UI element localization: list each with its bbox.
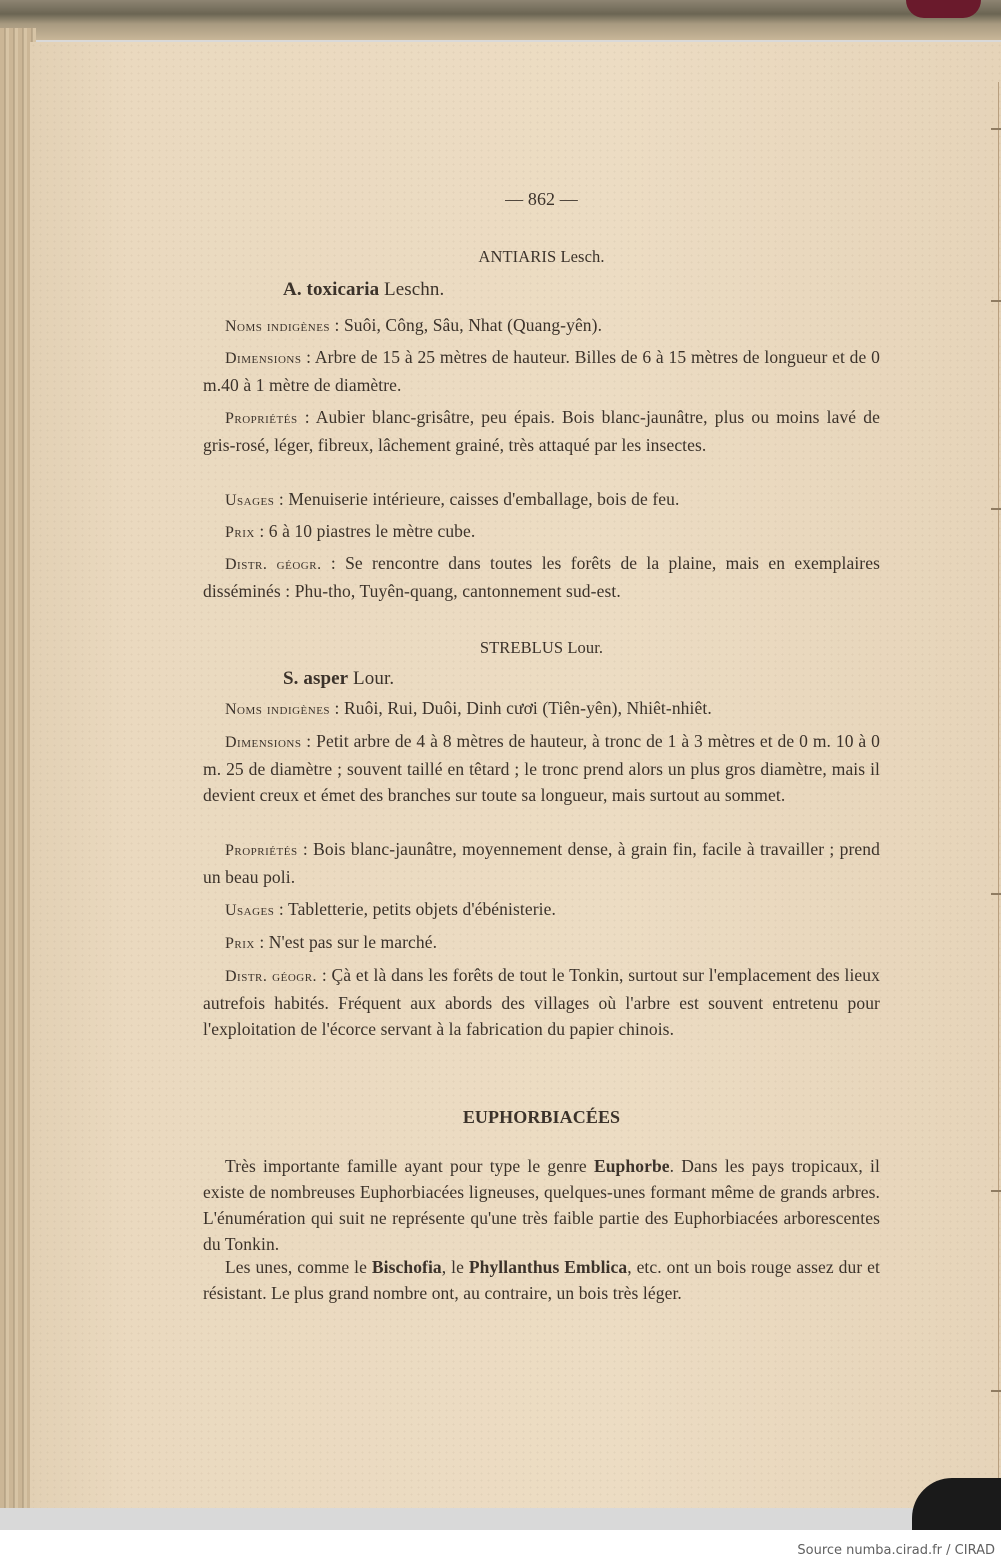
field-text: : 6 à 10 piastres le mètre cube. <box>255 521 476 541</box>
species-name: A. toxicaria <box>283 279 379 300</box>
binding-stitch-icon <box>991 294 1001 302</box>
field-label: Prix <box>225 524 255 541</box>
field-dimensions: Dimensions : Petit arbre de 4 à 8 mètres… <box>203 728 880 808</box>
field-label: Distr. géogr. <box>225 556 322 573</box>
binding-stitch-icon <box>991 1384 1001 1392</box>
family-heading: EUPHORBIACÉES <box>203 1104 880 1130</box>
field-text: : Bois blanc-jaunâtre, moyennement dense… <box>203 839 880 887</box>
field-text: : Ruôi, Rui, Duôi, Dinh cươi (Tiên-yên),… <box>330 698 712 718</box>
field-prix: Prix : N'est pas sur le marché. <box>203 929 880 957</box>
field-usages: Usages : Menuiserie intérieure, caisses … <box>203 486 880 514</box>
book-top-edge <box>0 0 1001 40</box>
field-dimensions: Dimensions : Arbre de 15 à 25 mètres de … <box>203 344 880 398</box>
field-label: Dimensions <box>225 734 301 751</box>
species-author: Lour. <box>348 668 394 689</box>
field-label: Noms indigènes <box>225 318 330 335</box>
text-run: , le <box>442 1257 469 1277</box>
field-label: Noms indigènes <box>225 701 330 718</box>
scanned-book-image: — 862 — ANTIARIS Lesch. A. toxicaria Les… <box>0 0 1001 1530</box>
field-proprietes: Propriétés : Aubier blanc-grisâtre, peu … <box>203 404 880 458</box>
binding-stitch-icon <box>991 502 1001 510</box>
field-text: : N'est pas sur le marché. <box>255 932 437 952</box>
page-number: — 862 — <box>203 186 880 212</box>
text-run: Les unes, comme le <box>225 1257 372 1277</box>
genus-heading: ANTIARIS Lesch. <box>203 244 880 270</box>
field-text: : Menuiserie intérieure, caisses d'embal… <box>274 489 679 509</box>
family-paragraph-1: Très importante famille ayant pour type … <box>203 1153 880 1257</box>
binding-stitch-icon <box>991 122 1001 130</box>
field-prix: Prix : 6 à 10 piastres le mètre cube. <box>203 518 880 546</box>
source-attribution: Source numba.cirad.fr / CIRAD <box>797 1543 995 1558</box>
field-label: Prix <box>225 935 255 952</box>
field-label: Propriétés <box>225 410 298 427</box>
field-proprietes: Propriétés : Bois blanc-jaunâtre, moyenn… <box>203 836 880 890</box>
genus-heading: STREBLUS Lour. <box>203 635 880 661</box>
field-text: : Petit arbre de 4 à 8 mètres de hauteur… <box>203 731 880 805</box>
text-run: Très importante famille ayant pour type … <box>225 1156 594 1176</box>
species-author: Leschn. <box>379 279 444 300</box>
species-heading: S. asper Lour. <box>283 666 394 692</box>
bold-term: Phyllanthus Emblica <box>469 1257 627 1277</box>
species-name: S. asper <box>283 668 348 689</box>
field-noms-indigenes: Noms indigènes : Suôi, Công, Sâu, Nhat (… <box>203 312 880 340</box>
field-label: Propriétés <box>225 842 298 859</box>
field-text: : Aubier blanc-grisâtre, peu épais. Bois… <box>203 407 880 455</box>
field-distr-geogr: Distr. géogr. : Çà et là dans les forêts… <box>203 962 880 1042</box>
field-label: Dimensions <box>225 350 301 367</box>
family-paragraph-2: Les unes, comme le Bischofia, le Phyllan… <box>203 1254 880 1306</box>
field-noms-indigenes: Noms indigènes : Ruôi, Rui, Duôi, Dinh c… <box>203 695 880 723</box>
bold-term: Bischofia <box>372 1257 442 1277</box>
field-label: Distr. géogr. <box>225 968 317 985</box>
field-text: : Tabletterie, petits objets d'ébénister… <box>274 899 556 919</box>
field-distr-geogr: Distr. géogr. : Se rencontre dans toutes… <box>203 550 880 604</box>
field-label: Usages <box>225 902 274 919</box>
field-usages: Usages : Tabletterie, petits objets d'éb… <box>203 896 880 924</box>
field-text: : Suôi, Công, Sâu, Nhat (Quang-yên). <box>330 315 602 335</box>
bookmark-ribbon <box>906 0 981 18</box>
field-label: Usages <box>225 492 274 509</box>
binding-stitch-icon <box>991 1184 1001 1192</box>
bold-term: Euphorbe <box>594 1156 670 1176</box>
field-text: : Arbre de 15 à 25 mètres de hauteur. Bi… <box>203 347 880 395</box>
species-heading: A. toxicaria Leschn. <box>283 277 444 303</box>
binding-stitch-icon <box>991 887 1001 895</box>
